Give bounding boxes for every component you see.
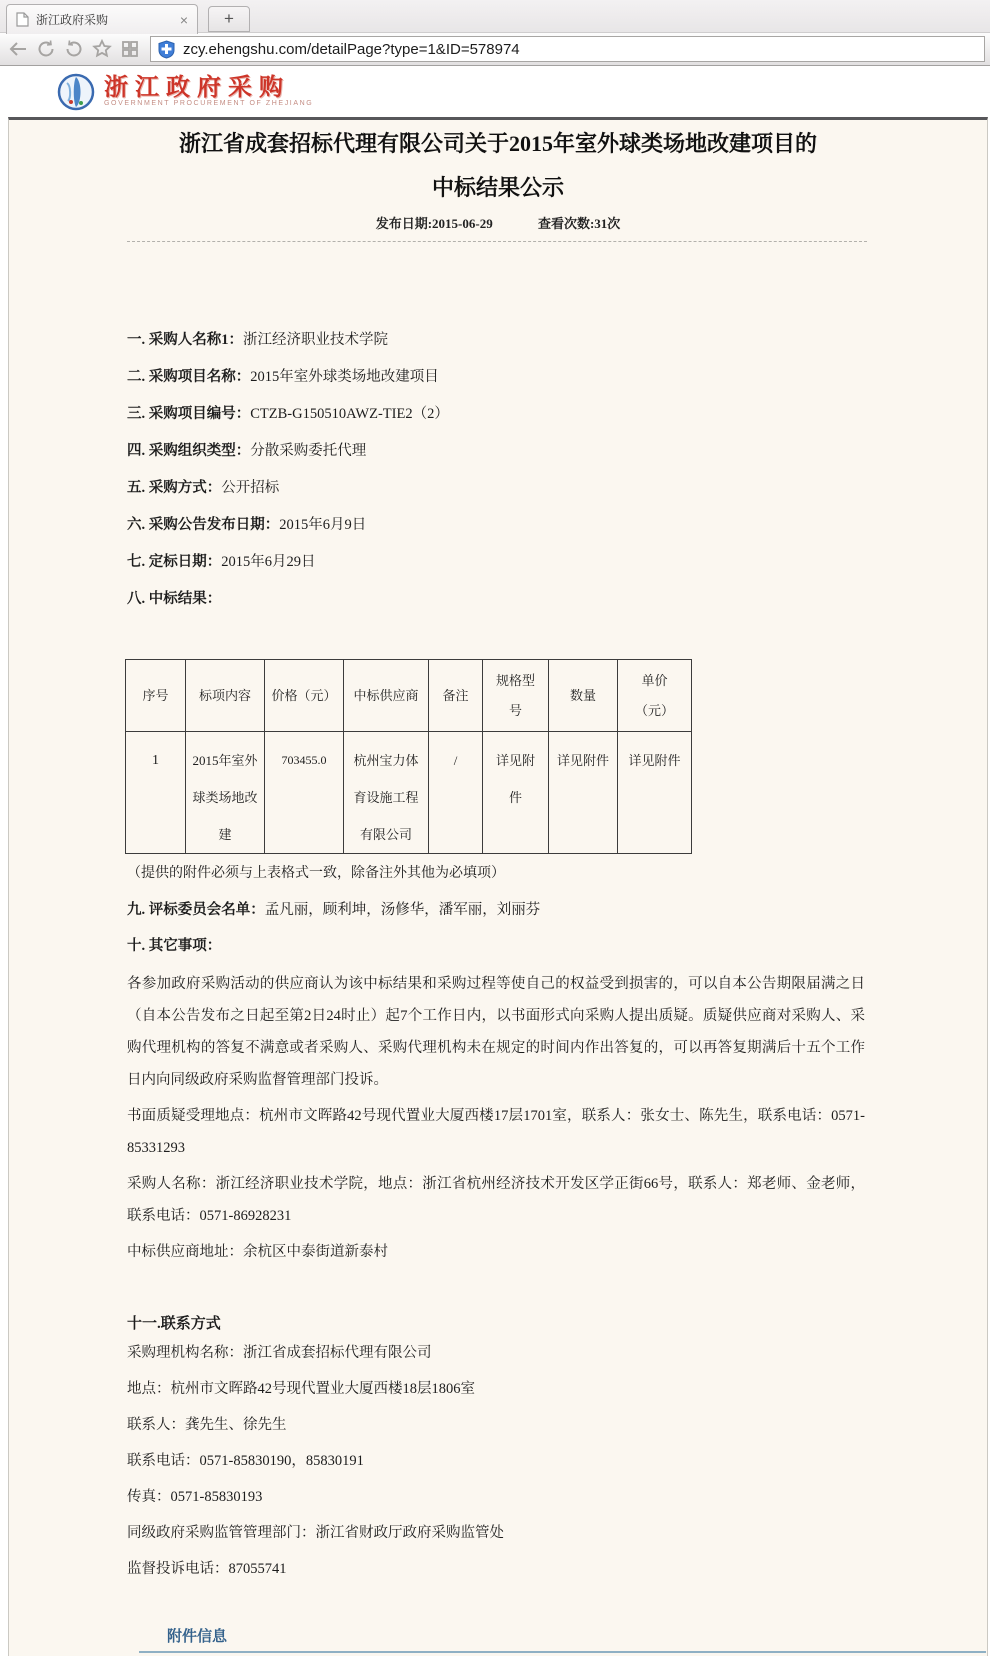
col-header: 规格型 号 [483, 660, 549, 732]
table-header-row: 序号 标项内容 价格（元） 中标供应商 备注 规格型 号 数量 单价 （元） [126, 660, 692, 732]
cell-price: 703455.0 [265, 732, 344, 854]
back-icon[interactable] [5, 37, 30, 61]
contact-line: 同级政府采购监管管理部门：浙江省财政厅政府采购监管处 [127, 1525, 865, 1541]
list-item: 一. 采购人名称1：浙江经济职业技术学院 [127, 332, 865, 348]
list-item: 五. 采购方式：公开招标 [127, 480, 865, 496]
col-header: 单价 （元） [618, 660, 692, 732]
contact-line: 采购理机构名称：浙江省成套招标代理有限公司 [127, 1345, 865, 1361]
cell-spec: 详见附件 [483, 732, 549, 854]
list-item: 七. 定标日期：2015年6月29日 [127, 554, 865, 570]
col-header: 序号 [126, 660, 186, 732]
blank-page-icon [16, 12, 29, 27]
contact-line: 联系电话：0571-85830190，85830191 [127, 1453, 865, 1469]
cell-quantity: 详见附件 [549, 732, 618, 854]
paragraph-purchaser: 采购人名称：浙江经济职业技术学院，地点：浙江省杭州经济技术开发区学正街66号，联… [127, 1168, 865, 1232]
paragraph-written-query: 书面质疑受理地点：杭州市文晖路42号现代置业大厦西楼17层1701室，联系人：张… [127, 1100, 865, 1164]
contact-heading: 十一.联系方式 [127, 1316, 865, 1332]
browser-window: 浙江政府采购 × + [0, 0, 990, 1656]
cell-item: 2015年室外球类场地改建 [186, 732, 265, 854]
refresh-icon[interactable] [33, 37, 58, 61]
col-header: 价格（元） [265, 660, 344, 732]
committee-item: 九. 评标委员会名单：孟凡丽，顾利坤，汤修华，潘军丽，刘丽芬 [127, 902, 865, 918]
contact-line: 联系人：龚先生、徐先生 [127, 1417, 865, 1433]
cell-supplier: 杭州宝力体育设施工程有限公司 [344, 732, 429, 854]
col-header: 标项内容 [186, 660, 265, 732]
doc-body: 一. 采购人名称1：浙江经济职业技术学院 二. 采购项目名称：2015年室外球类… [127, 242, 865, 1577]
tab-strip: 浙江政府采购 × + [0, 0, 990, 33]
site-logo-subtext: GOVERNMENT PROCUREMENT OF ZHEJIANG [104, 100, 313, 108]
col-header: 中标供应商 [344, 660, 429, 732]
other-matters-item: 十. 其它事项： [127, 938, 865, 954]
site-logo-text: 浙江政府采购 [104, 75, 313, 100]
undo-icon[interactable] [61, 37, 86, 61]
paragraph-supplier-address: 中标供应商地址：余杭区中泰街道新泰村 [127, 1236, 865, 1268]
table-note: （提供的附件必须与上表格式一致，除备注外其他为必填项） [127, 866, 865, 882]
attachment-heading-text: 附件信息 [167, 1629, 227, 1645]
numbered-items: 一. 采购人名称1：浙江经济职业技术学院 二. 采购项目名称：2015年室外球类… [127, 242, 865, 607]
contact-line: 地点：杭州市文晖路42号现代置业大厦西楼18层1806室 [127, 1381, 865, 1397]
page-title-line1: 浙江省成套招标代理有限公司关于2015年室外球类场地改建项目的 [179, 131, 817, 156]
new-tab-button[interactable]: + [208, 6, 250, 32]
document-panel: 浙江省成套招标代理有限公司关于2015年室外球类场地改建项目的 中标结果公示 发… [8, 117, 988, 1656]
apps-grid-icon[interactable] [117, 37, 142, 61]
url-text: zcy.ehengshu.com/detailPage?type=1&ID=57… [183, 41, 520, 58]
list-item: 二. 采购项目名称：2015年室外球类场地改建项目 [127, 369, 865, 385]
browser-tab[interactable]: 浙江政府采购 × [6, 4, 198, 34]
paragraph-dispute: 各参加政府采购活动的供应商认为该中标结果和采购过程等使自己的权益受到损害的，可以… [127, 968, 865, 1096]
result-table: 序号 标项内容 价格（元） 中标供应商 备注 规格型 号 数量 单价 （元） 1… [125, 659, 692, 854]
contact-line: 传真：0571-85830193 [127, 1489, 865, 1505]
list-item: 四. 采购组织类型：分散采购委托代理 [127, 443, 865, 459]
contact-line: 监督投诉电话：87055741 [127, 1561, 865, 1577]
page-title: 浙江省成套招标代理有限公司关于2015年室外球类场地改建项目的 中标结果公示 [9, 120, 987, 210]
attachment-section-heading: 附件信息 [139, 1628, 986, 1653]
cell-remark: / [429, 732, 483, 854]
cell-seq: 1 [126, 732, 186, 854]
cell-unit-price: 详见附件 [618, 732, 692, 854]
site-logo[interactable]: 浙江政府采购 GOVERNMENT PROCUREMENT OF ZHEJIAN… [104, 75, 313, 108]
list-item: 三. 采购项目编号：CTZB-G150510AWZ-TIE2（2） [127, 406, 865, 422]
table-row: 1 2015年室外球类场地改建 703455.0 杭州宝力体育设施工程有限公司 … [126, 732, 692, 854]
site-shield-icon [158, 40, 175, 59]
view-count: 查看次数:31次 [538, 216, 620, 231]
publish-date: 发布日期:2015-06-29 [376, 216, 493, 231]
address-bar-row: zcy.ehengshu.com/detailPage?type=1&ID=57… [0, 33, 990, 66]
favorites-star-icon[interactable] [89, 37, 114, 61]
site-header: 浙江政府采购 GOVERNMENT PROCUREMENT OF ZHEJIAN… [0, 66, 990, 117]
col-header: 备注 [429, 660, 483, 732]
tab-close-icon[interactable]: × [180, 13, 188, 27]
doc-meta: 发布日期:2015-06-29 查看次数:31次 [9, 213, 987, 232]
address-bar[interactable]: zcy.ehengshu.com/detailPage?type=1&ID=57… [150, 36, 985, 62]
tab-title: 浙江政府采购 [36, 11, 108, 28]
list-item: 六. 采购公告发布日期：2015年6月9日 [127, 517, 865, 533]
col-header: 数量 [549, 660, 618, 732]
page-title-line2: 中标结果公示 [432, 175, 564, 200]
list-item: 八. 中标结果： [127, 591, 865, 607]
site-logo-globe-icon[interactable] [57, 73, 95, 111]
